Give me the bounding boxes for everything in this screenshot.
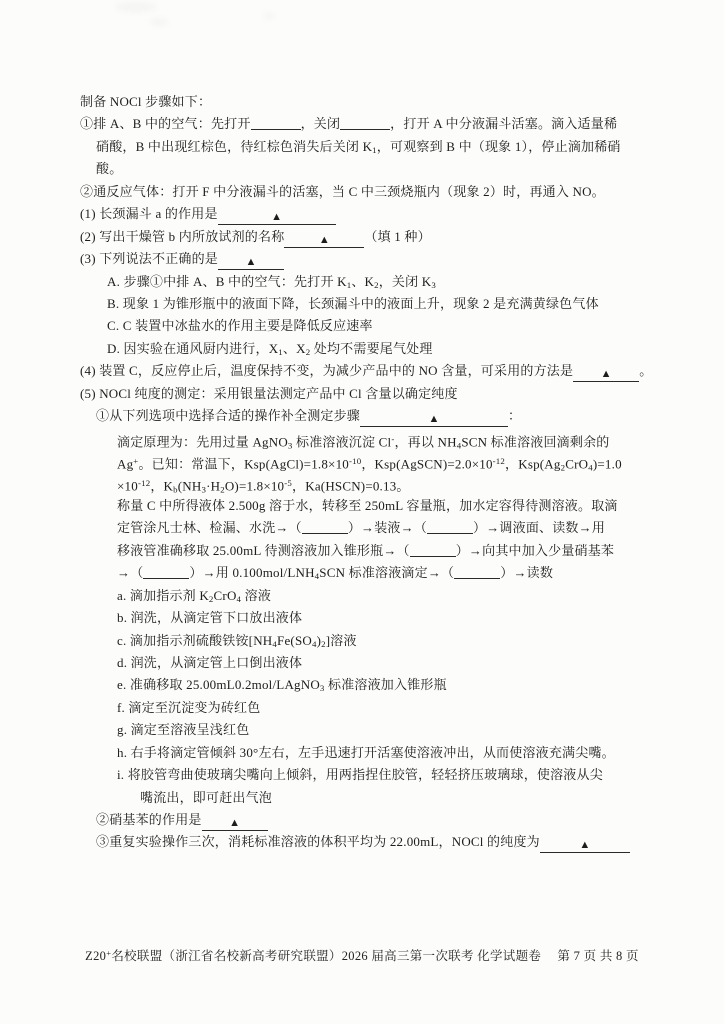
text-line: 酸。 <box>80 158 688 180</box>
answer-blank: ▲ <box>284 233 364 248</box>
text-line: →（）→用 0.100mol/LNH4SCN 标准溶液滴定→（）→读数 <box>80 562 688 584</box>
text-line: Ag+。已知：常温下，Ksp(AgCl)=1.8×10-10，Ksp(AgSCN… <box>80 450 688 472</box>
text-line: (5) NOCl 纯度的测定：采用银量法测定产品中 Cl 含量以确定纯度 <box>80 383 688 405</box>
text-line: 称量 C 中所得液体 2.500g 溶于水，转移至 250mL 容量瓶，加水定容… <box>80 495 688 517</box>
text-line: ①排 A、B 中的空气：先打开，关闭，打开 A 中分液漏斗活塞。滴入适量稀 <box>80 113 688 135</box>
text-line: 定管涂凡士林、检漏、水洗→（）→装液→（）→调液面、读数→用 <box>80 517 688 539</box>
text-line: b. 润洗，从滴定管下口放出液体 <box>80 607 688 629</box>
text-line: ③重复实验操作三次，消耗标准溶液的体积平均为 22.00mL，NOCl 的纯度为… <box>80 831 688 853</box>
text-line: 制备 NOCl 步骤如下： <box>80 91 688 113</box>
text-line: (2) 写出干燥管 b 内所放试剂的名称▲（填 1 种） <box>80 226 688 248</box>
exam-page: 制备 NOCl 步骤如下：①排 A、B 中的空气：先打开，关闭，打开 A 中分液… <box>0 0 724 854</box>
scan-artifact <box>150 18 168 26</box>
answer-blank <box>302 519 348 534</box>
text-line: ×10-12，Kb(NH3·H2O)=1.8×10-5，Ka(HSCN)=0.1… <box>80 472 688 494</box>
answer-blank: ▲ <box>218 255 284 270</box>
answer-blank: ▲ <box>540 838 630 853</box>
text-line: A. 步骤①中排 A、B 中的空气：先打开 K1、K2，关闭 K3 <box>80 271 688 293</box>
answer-blank <box>251 115 301 130</box>
text-line: (4) 装置 C，反应停止后，温度保持不变，为减少产品中的 NO 含量，可采用的… <box>80 360 688 382</box>
text-line: i. 将胶管弯曲使玻璃尖嘴向上倾斜，用两指捏住胶管，轻轻挤压玻璃球，使溶液从尖 <box>80 764 688 786</box>
text-line: 硝酸，B 中出现红棕色，待红棕色消失后关闭 K1，可观察到 B 中（现象 1），… <box>80 136 688 158</box>
text-line: c. 滴加指示剂硫酸铁铵[NH4Fe(SO4)2]溶液 <box>80 630 688 652</box>
text-line: C. C 装置中冰盐水的作用主要是降低反应速率 <box>80 315 688 337</box>
text-line: 移液管准确移取 25.00mL 待测溶液加入锥形瓶→（）→向其中加入少量硝基苯 <box>80 540 688 562</box>
answer-blank <box>143 564 189 579</box>
text-line: 滴定原理为：先用过量 AgNO3 标准溶液沉淀 Cl-，再以 NH4SCN 标准… <box>80 428 688 450</box>
text-line: ②硝基苯的作用是▲ <box>80 809 688 831</box>
text-line: h. 右手将滴定管倾斜 30°左右，左手迅速打开活塞使溶液冲出，从而使溶液充满尖… <box>80 742 688 764</box>
page-footer: Z20+名校联盟（浙江省名校新高考研究联盟）2026 届高三第一次联考 化学试题… <box>0 946 724 964</box>
answer-blank: ▲ <box>202 816 268 831</box>
document-lines: 制备 NOCl 步骤如下：①排 A、B 中的空气：先打开，关闭，打开 A 中分液… <box>80 91 688 854</box>
text-line: D. 因实验在通风厨内进行，X1、X2 处均不需要尾气处理 <box>80 338 688 360</box>
answer-blank <box>427 519 473 534</box>
text-line: f. 滴定至沉淀变为砖红色 <box>80 697 688 719</box>
text-line: 嘴流出，即可赶出气泡 <box>80 787 688 809</box>
answer-blank: ▲ <box>573 367 639 382</box>
text-line: a. 滴加指示剂 K2CrO4 溶液 <box>80 585 688 607</box>
answer-blank: ▲ <box>360 412 508 427</box>
text-line: ②通反应气体：打开 F 中分液漏斗的活塞，当 C 中三颈烧瓶内（现象 2）时，再… <box>80 181 688 203</box>
answer-blank <box>410 542 456 557</box>
answer-blank <box>340 115 390 130</box>
text-line: B. 现象 1 为锥形瓶中的液面下降，长颈漏斗中的液面上升，现象 2 是充满黄绿… <box>80 293 688 315</box>
text-line: (3) 下列说法不正确的是▲ <box>80 248 688 270</box>
text-line: ①从下列选项中选择合适的操作补全测定步骤▲： <box>80 405 688 427</box>
scan-artifact <box>115 2 157 12</box>
scan-artifact <box>263 13 275 19</box>
text-line: (1) 长颈漏斗 a 的作用是▲ <box>80 203 688 225</box>
answer-blank <box>454 564 500 579</box>
answer-blank: ▲ <box>218 210 336 225</box>
text-line: d. 润洗，从滴定管上口倒出液体 <box>80 652 688 674</box>
text-line: g. 滴定至溶液呈浅红色 <box>80 719 688 741</box>
text-line: e. 准确移取 25.00mL0.2mol/LAgNO3 标准溶液加入锥形瓶 <box>80 674 688 696</box>
